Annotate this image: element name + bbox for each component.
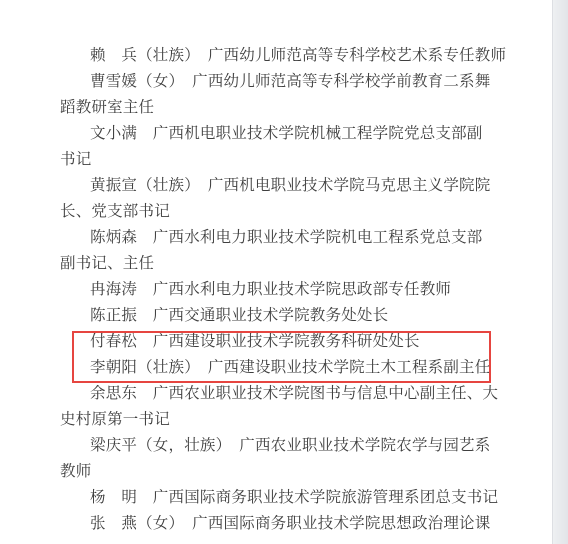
document-line: 付春松 广西建设职业技术学院教务科研处处长 (60, 329, 508, 355)
document-lines: 赖 兵（壮族） 广西幼儿师范高等专科学校艺术系专任教师曹雪媛（女） 广西幼儿师范… (60, 43, 508, 537)
document-line: 陈正振 广西交通职业技术学院教务处处长 (60, 303, 508, 329)
document-line: 蹈教研室主任 (60, 95, 508, 121)
document-line: 曹雪媛（女） 广西幼儿师范高等专科学校学前教育二系舞 (60, 69, 508, 95)
document-line: 杨 明 广西国际商务职业技术学院旅游管理系团总支书记 (60, 485, 508, 511)
document-page: 赖 兵（壮族） 广西幼儿师范高等专科学校艺术系专任教师曹雪媛（女） 广西幼儿师范… (0, 0, 553, 544)
document-line: 教师 (60, 459, 508, 485)
document-line: 冉海涛 广西水利电力职业技术学院思政部专任教师 (60, 277, 508, 303)
document-line: 副书记、主任 (60, 251, 508, 277)
document-line: 陈炳森 广西水利电力职业技术学院机电工程系党总支部 (60, 225, 508, 251)
document-line: 余思东 广西农业职业技术学院图书与信息中心副主任、大 (60, 381, 508, 407)
document-line: 赖 兵（壮族） 广西幼儿师范高等专科学校艺术系专任教师 (60, 43, 508, 69)
document-line: 李朝阳（壮族） 广西建设职业技术学院土木工程系副主任 (60, 355, 508, 381)
document-line: 文小满 广西机电职业技术学院机械工程学院党总支部副 (60, 121, 508, 147)
document-line: 黄振宣（壮族） 广西机电职业技术学院马克思主义学院院 (60, 173, 508, 199)
page-edge-strip (552, 0, 568, 544)
document-viewer: 赖 兵（壮族） 广西幼儿师范高等专科学校艺术系专任教师曹雪媛（女） 广西幼儿师范… (0, 0, 568, 544)
document-line: 长、党支部书记 (60, 199, 508, 225)
document-line: 梁庆平（女，壮族） 广西农业职业技术学院农学与园艺系 (60, 433, 508, 459)
document-line: 史村原第一书记 (60, 407, 508, 433)
document-line: 张 燕（女） 广西国际商务职业技术学院思想政治理论课 (60, 511, 508, 537)
document-line: 书记 (60, 147, 508, 173)
